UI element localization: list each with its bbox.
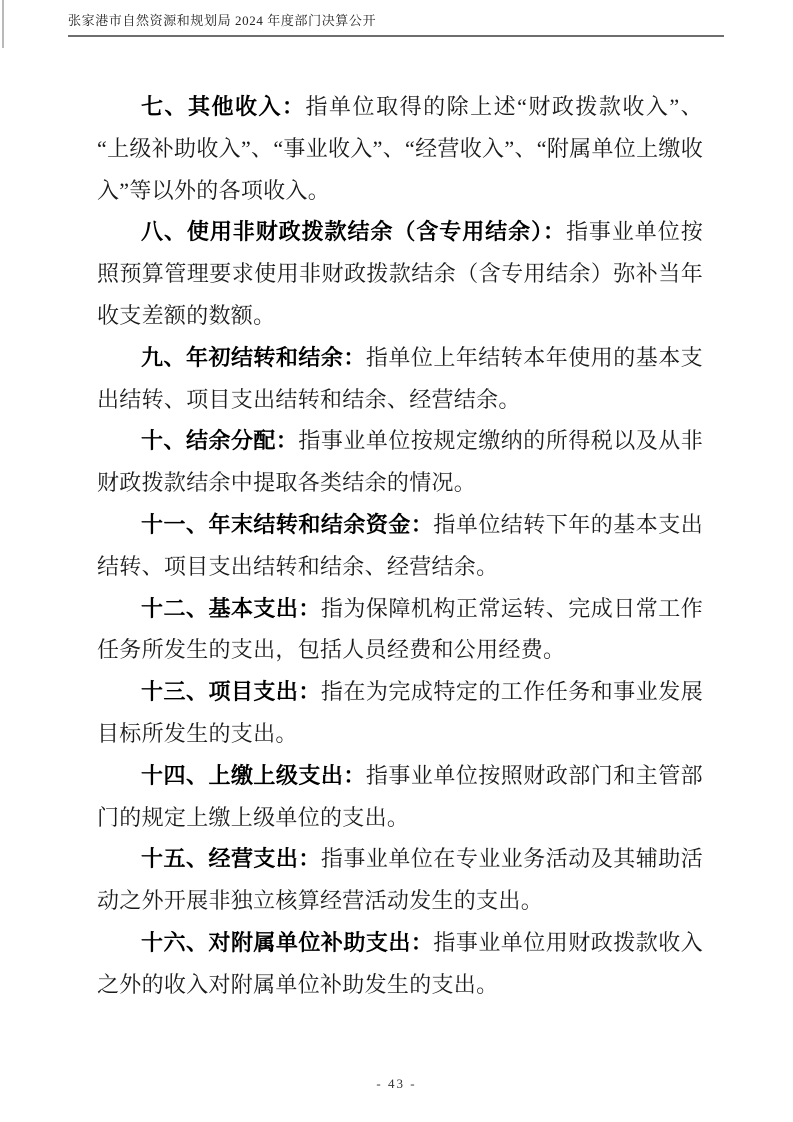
glossary-term: 十、结余分配： bbox=[141, 428, 298, 453]
glossary-entry: 十二、基本支出：指为保障机构正常运转、完成日常工作任务所发生的支出，包括人员经费… bbox=[97, 588, 703, 672]
glossary-entry: 十三、项目支出：指在为完成特定的工作任务和事业发展目标所发生的支出。 bbox=[97, 671, 703, 755]
glossary-term: 十二、基本支出： bbox=[141, 596, 321, 621]
glossary-term: 九、年初结转和结余： bbox=[141, 345, 366, 370]
glossary-entry: 十、结余分配：指事业单位按规定缴纳的所得税以及从非财政拨款结余中提取各类结余的情… bbox=[97, 420, 703, 504]
page-footer: - 43 - bbox=[0, 1076, 793, 1092]
glossary-term: 十五、经营支出： bbox=[141, 846, 321, 871]
page-header-title: 张家港市自然资源和规划局 2024 年度部门决算公开 bbox=[68, 13, 376, 28]
glossary-entry: 七、其他收入：指单位取得的除上述“财政拨款收入”、“上级补助收入”、“事业收入”… bbox=[97, 86, 703, 211]
glossary-entry: 九、年初结转和结余：指单位上年结转本年使用的基本支出结转、项目支出结转和结余、经… bbox=[97, 337, 703, 421]
glossary-term: 八、使用非财政拨款结余（含专用结余）： bbox=[141, 219, 566, 244]
glossary-term: 十四、上缴上级支出： bbox=[141, 763, 366, 788]
glossary-entry: 十五、经营支出：指事业单位在专业业务活动及其辅助活动之外开展非独立核算经营活动发… bbox=[97, 838, 703, 922]
page-header: 张家港市自然资源和规划局 2024 年度部门决算公开 bbox=[68, 10, 724, 37]
page-number: - 43 - bbox=[376, 1076, 416, 1091]
glossary-entry: 十一、年末结转和结余资金：指单位结转下年的基本支出结转、项目支出结转和结余、经营… bbox=[97, 504, 703, 588]
glossary-entry: 十六、对附属单位补助支出：指事业单位用财政拨款收入之外的收入对附属单位补助发生的… bbox=[97, 922, 703, 1006]
glossary-term: 七、其他收入： bbox=[141, 94, 306, 119]
glossary-entry: 八、使用非财政拨款结余（含专用结余）：指事业单位按照预算管理要求使用非财政拨款结… bbox=[97, 211, 703, 336]
glossary-entry: 十四、上缴上级支出：指事业单位按照财政部门和主管部门的规定上缴上级单位的支出。 bbox=[97, 755, 703, 839]
document-page: 张家港市自然资源和规划局 2024 年度部门决算公开 七、其他收入：指单位取得的… bbox=[0, 0, 793, 1122]
scan-page-edge bbox=[2, 0, 4, 48]
glossary-term: 十三、项目支出： bbox=[141, 679, 321, 704]
glossary: 七、其他收入：指单位取得的除上述“财政拨款收入”、“上级补助收入”、“事业收入”… bbox=[97, 86, 703, 1006]
glossary-term: 十六、对附属单位补助支出： bbox=[141, 930, 433, 955]
glossary-term: 十一、年末结转和结余资金： bbox=[141, 512, 433, 537]
